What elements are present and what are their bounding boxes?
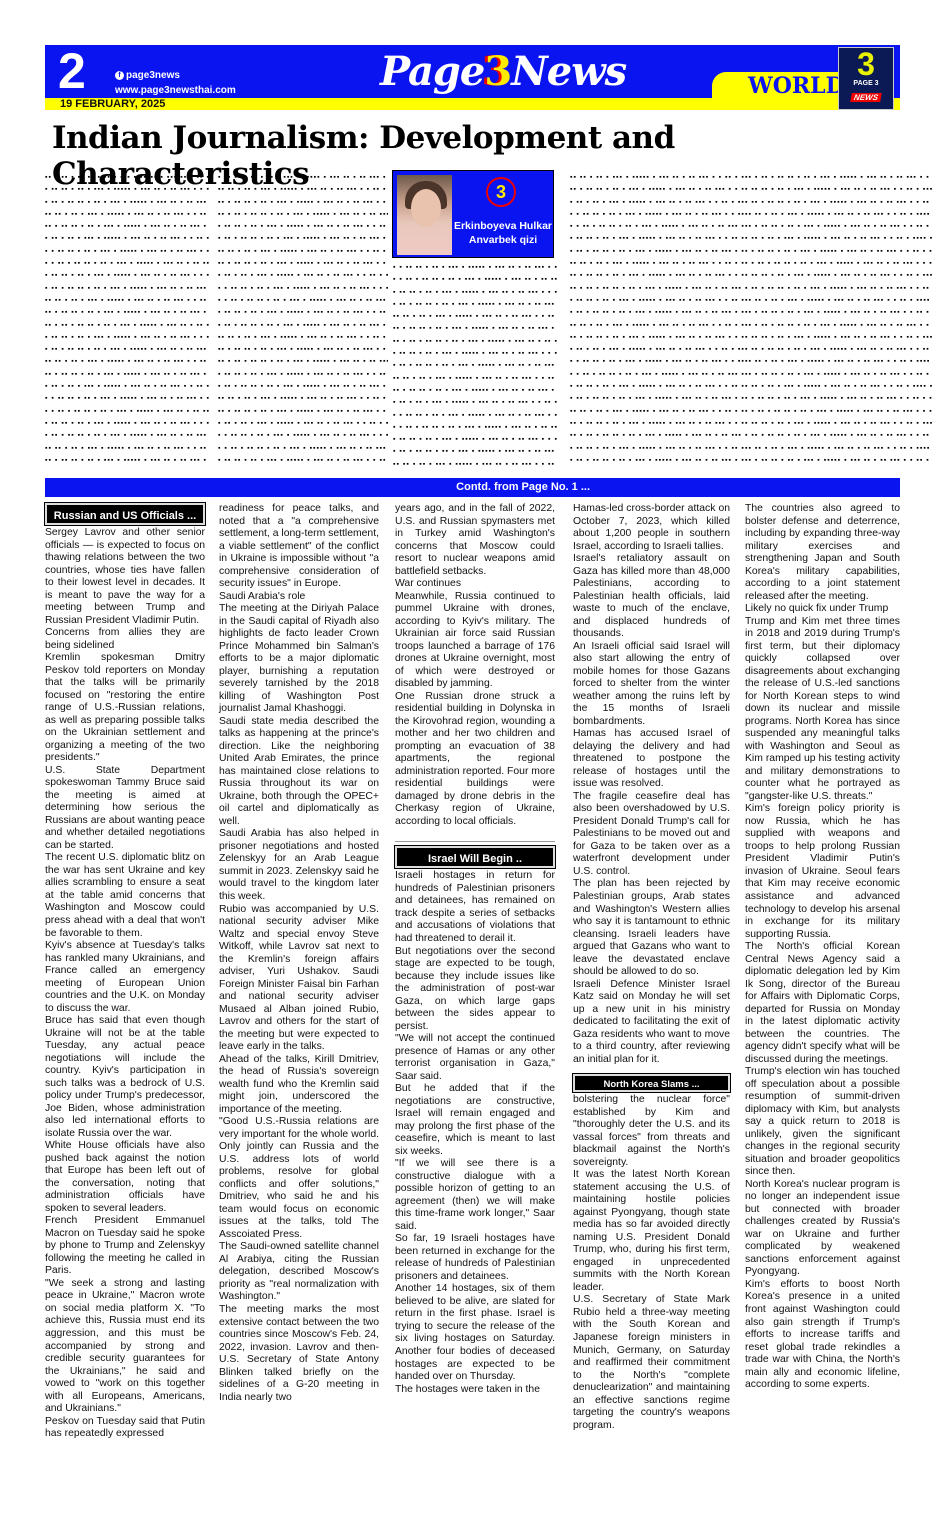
garbled-text-line: ▪▪ ▪ ▪▪ ▪▪ ▪ ▪▪ ▪ ▪▪▪ ▪ ▪▪▪▪▪ ▪ ▪▪▪ ▪▪ ▪… xyxy=(745,221,933,233)
paragraph: But he added that if the negotiations ar… xyxy=(395,1083,555,1158)
garbled-text-line: ▪ ▪▪ ▪▪ ▪ ▪▪ ▪ ▪▪▪ ▪ ▪▪▪▪▪ ▪ ▪▪▪ ▪▪ ▪ ▪▪… xyxy=(218,455,388,467)
continued-banner: Contd. from Page No. 1 ... xyxy=(45,478,900,497)
paragraph: Likely no quick fix under Trump xyxy=(745,603,900,616)
page3-round-logo: 3 xyxy=(486,177,516,207)
paragraph: An Israeli official said Israel will als… xyxy=(573,641,730,729)
garbled-column-4: ▪▪ ▪▪ ▪ ▪▪ ▪ ▪▪▪ ▪ ▪▪▪▪▪ ▪ ▪▪▪ ▪▪ ▪ ▪▪ ▪… xyxy=(570,172,745,467)
garbled-text-line: ▪ ▪▪ ▪▪ ▪ ▪▪ ▪ ▪▪▪ ▪ ▪▪▪▪▪ ▪ ▪▪▪ ▪▪ ▪ ▪▪… xyxy=(218,369,388,381)
garbled-column-2: ▪ ▪▪ ▪ ▪▪ ▪▪ ▪ ▪▪ ▪ ▪▪▪ ▪ ▪▪▪▪▪ ▪ ▪▪▪ ▪▪… xyxy=(218,172,388,467)
logo-page: Page xyxy=(380,48,484,95)
paragraph: The meeting at the Diriyah Palace in the… xyxy=(219,603,379,716)
paragraph: White House officials have also pushed b… xyxy=(45,1140,205,1215)
garbled-text-line: ▪ ▪▪ ▪▪ ▪ ▪▪ ▪ ▪▪▪ ▪ ▪▪▪▪▪ ▪ ▪▪▪ ▪▪ ▪ ▪▪… xyxy=(570,443,745,455)
author-name-line1: Erkinboyeva Hulkar xyxy=(453,219,553,233)
column-4-text-bottom: bolstering the nuclear force" establishe… xyxy=(573,1094,730,1432)
garbled-text-line: ▪ ▪ ▪▪ ▪▪ ▪ ▪▪ ▪ ▪▪▪ ▪ ▪▪▪▪▪ ▪ ▪▪▪ ▪▪ ▪ … xyxy=(745,246,933,258)
garbled-text-line: ▪ ▪▪ ▪ ▪▪ ▪▪ ▪ ▪▪ ▪ ▪▪▪ ▪ ▪▪▪▪▪ ▪ ▪▪▪ ▪▪… xyxy=(570,393,745,405)
garbled-text-line: ▪ ▪▪ ▪ ▪▪ ▪▪ ▪ ▪▪ ▪ ▪▪▪ ▪ ▪▪▪▪▪ ▪ ▪▪▪ ▪▪… xyxy=(393,446,558,458)
garbled-text-line: ▪ ▪▪ ▪ ▪▪ ▪▪ ▪ ▪▪ ▪ ▪▪▪ ▪ ▪▪▪▪▪ ▪ ▪▪▪ ▪▪… xyxy=(570,455,745,467)
garbled-text-line: ▪ ▪ ▪▪ ▪ ▪▪ ▪▪ ▪ ▪▪ ▪ ▪▪▪ ▪ ▪▪▪▪▪ ▪ ▪▪▪ … xyxy=(218,443,388,455)
garbled-text-line: ▪▪ ▪ ▪▪ ▪ ▪▪ ▪▪ ▪ ▪▪ ▪ ▪▪▪ ▪ ▪▪▪▪▪ ▪ ▪▪▪… xyxy=(745,320,933,332)
garbled-text-line: ▪▪ ▪ ▪▪ ▪▪ ▪ ▪▪ ▪ ▪▪▪ ▪ ▪▪▪▪▪ ▪ ▪▪▪ ▪▪ ▪… xyxy=(745,307,933,319)
garbled-text-line: ▪▪ ▪▪ ▪ ▪▪ ▪ ▪▪▪ ▪ ▪▪▪▪▪ ▪ ▪▪▪ ▪▪ ▪ ▪▪ ▪… xyxy=(218,332,388,344)
garbled-text-line: ▪ ▪▪ ▪ ▪▪ ▪▪ ▪ ▪▪ ▪ ▪▪▪ ▪ ▪▪▪▪▪ ▪ ▪▪▪ ▪▪… xyxy=(745,344,933,356)
column-3: years ago, and in the fall of 2022, U.S.… xyxy=(395,503,555,1396)
garbled-text-line: ▪▪ ▪ ▪▪ ▪ ▪▪ ▪▪ ▪ ▪▪ ▪ ▪▪▪ ▪ ▪▪▪▪▪ ▪ ▪▪▪… xyxy=(218,356,388,368)
paragraph: Ahead of the talks, Kirill Dmitriev, the… xyxy=(219,1054,379,1117)
paragraph: North Korea's nuclear program is no long… xyxy=(745,1179,900,1279)
garbled-text-line: ▪▪ ▪ ▪▪ ▪▪ ▪ ▪▪ ▪ ▪▪▪ ▪ ▪▪▪▪▪ ▪ ▪▪▪ ▪▪ ▪… xyxy=(218,344,388,356)
paragraph: Meanwhile, Russia continued to pummel Uk… xyxy=(395,591,555,691)
paragraph: So far, 19 Israeli hostages have been re… xyxy=(395,1233,555,1283)
paragraph: U.S. Secretary of State Mark Rubio held … xyxy=(573,1294,730,1432)
garbled-text-line: ▪▪ ▪▪ ▪ ▪▪ ▪ ▪▪▪ ▪ ▪▪▪▪▪ ▪ ▪▪▪ ▪▪ ▪ ▪▪ ▪… xyxy=(570,406,745,418)
paragraph: War continues xyxy=(395,578,555,591)
garbled-text-line: ▪ ▪▪ ▪ ▪▪ ▪ ▪▪▪ ▪ ▪▪▪▪▪ ▪ ▪▪▪ ▪▪ ▪ ▪▪ ▪▪… xyxy=(745,381,933,393)
paragraph: Israeli Defence Minister Israel Katz sai… xyxy=(573,979,730,1067)
garbled-text-line: ▪ ▪▪ ▪▪ ▪ ▪▪ ▪ ▪▪▪ ▪ ▪▪▪▪▪ ▪ ▪▪▪ ▪▪ ▪ ▪▪… xyxy=(745,184,933,196)
garbled-text-line: ▪ ▪ ▪▪ ▪▪ ▪ ▪▪ ▪ ▪▪▪ ▪ ▪▪▪▪▪ ▪ ▪▪▪ ▪▪ ▪ … xyxy=(45,246,210,258)
garbled-text-line: ▪ ▪ ▪▪ ▪ ▪▪ ▪▪ ▪ ▪▪ ▪ ▪▪▪ ▪ ▪▪▪▪▪ ▪ ▪▪▪ … xyxy=(745,258,933,270)
paragraph: But negotiations over the second stage a… xyxy=(395,946,555,1034)
paragraph: Bruce has said that even though Ukraine … xyxy=(45,1015,205,1140)
paragraph: Concerns from allies they are being side… xyxy=(45,627,205,652)
garbled-text-line: ▪▪ ▪▪ ▪ ▪▪ ▪ ▪▪▪ ▪ ▪▪▪▪▪ ▪ ▪▪▪ ▪▪ ▪ ▪▪ ▪… xyxy=(45,209,210,221)
garbled-text-line: ▪▪ ▪ ▪▪ ▪ ▪▪ ▪▪ ▪ ▪▪ ▪ ▪▪▪ ▪ ▪▪▪▪▪ ▪ ▪▪▪… xyxy=(218,209,388,221)
garbled-text-line: ▪ ▪▪ ▪▪ ▪ ▪▪ ▪ ▪▪▪ ▪ ▪▪▪▪▪ ▪ ▪▪▪ ▪▪ ▪ ▪▪… xyxy=(745,270,933,282)
paragraph: bolstering the nuclear force" establishe… xyxy=(573,1094,730,1169)
column-4: Hamas-led cross-border attack on October… xyxy=(573,503,730,1432)
paragraph: Israel's retaliatory assault on Gaza has… xyxy=(573,553,730,641)
paragraph: The countries also agreed to bolster def… xyxy=(745,503,900,603)
garbled-text-line: ▪ ▪ ▪▪ ▪▪ ▪ ▪▪ ▪ ▪▪▪ ▪ ▪▪▪▪▪ ▪ ▪▪▪ ▪▪ ▪ … xyxy=(218,283,388,295)
garbled-text-line: ▪▪ ▪ ▪▪ ▪ ▪▪ ▪▪ ▪ ▪▪ ▪ ▪▪▪ ▪ ▪▪▪▪▪ ▪ ▪▪▪… xyxy=(570,430,745,442)
garbled-text-line: ▪▪ ▪ ▪▪ ▪ ▪▪ ▪▪ ▪ ▪▪ ▪ ▪▪▪ ▪ ▪▪▪▪▪ ▪ ▪▪▪… xyxy=(570,283,745,295)
garbled-column-5: ▪▪ ▪ ▪▪ ▪ ▪▪ ▪▪ ▪ ▪▪ ▪ ▪▪▪ ▪ ▪▪▪▪▪ ▪ ▪▪▪… xyxy=(745,172,933,467)
garbled-text-line: ▪▪ ▪ ▪▪ ▪ ▪▪ ▪▪ ▪ ▪▪ ▪ ▪▪▪ ▪ ▪▪▪▪▪ ▪ ▪▪▪… xyxy=(45,172,210,184)
garbled-text-line: ▪▪ ▪▪ ▪ ▪▪ ▪ ▪▪▪ ▪ ▪▪▪▪▪ ▪ ▪▪▪ ▪▪ ▪ ▪▪ ▪… xyxy=(393,311,558,323)
garbled-text-line: ▪▪ ▪ ▪▪ ▪▪ ▪ ▪▪ ▪ ▪▪▪ ▪ ▪▪▪▪▪ ▪ ▪▪▪ ▪▪ ▪… xyxy=(45,455,210,467)
logo-three: 3 xyxy=(484,48,511,95)
paragraph: U.S. State Department spokeswoman Tammy … xyxy=(45,765,205,853)
garbled-text-line: ▪ ▪ ▪▪ ▪▪ ▪ ▪▪ ▪ ▪▪▪ ▪ ▪▪▪▪▪ ▪ ▪▪▪ ▪▪ ▪ … xyxy=(570,209,745,221)
garbled-text-line: ▪ ▪▪ ▪ ▪▪ ▪▪ ▪ ▪▪ ▪ ▪▪▪ ▪ ▪▪▪▪▪ ▪ ▪▪▪ ▪▪… xyxy=(745,430,933,442)
garbled-text-line: ▪ ▪ ▪▪ ▪▪ ▪ ▪▪ ▪ ▪▪▪ ▪ ▪▪▪▪▪ ▪ ▪▪▪ ▪▪ ▪ … xyxy=(45,393,210,405)
garbled-text-line: ▪▪ ▪ ▪▪ ▪▪ ▪ ▪▪ ▪ ▪▪▪ ▪ ▪▪▪▪▪ ▪ ▪▪▪ ▪▪ ▪… xyxy=(45,369,210,381)
garbled-text-line: ▪▪ ▪▪ ▪ ▪▪ ▪ ▪▪▪ ▪ ▪▪▪▪▪ ▪ ▪▪▪ ▪▪ ▪ ▪▪ ▪… xyxy=(745,209,933,221)
logo-news: News xyxy=(511,48,626,95)
paragraph: Sergey Lavrov and other senior officials… xyxy=(45,527,205,627)
column-5: The countries also agreed to bolster def… xyxy=(745,503,900,1392)
paragraph: readiness for peace talks, and noted tha… xyxy=(219,503,379,591)
facebook-label: page3news xyxy=(126,70,180,81)
paragraph: "Good U.S.-Russia relations are very imp… xyxy=(219,1116,379,1241)
garbled-column-3: ▪ ▪ ▪▪ ▪▪ ▪ ▪▪ ▪ ▪▪▪ ▪ ▪▪▪▪▪ ▪ ▪▪▪ ▪▪ ▪ … xyxy=(393,262,558,467)
garbled-text-line: ▪ ▪▪ ▪▪ ▪ ▪▪ ▪ ▪▪▪ ▪ ▪▪▪▪▪ ▪ ▪▪▪ ▪▪ ▪ ▪▪… xyxy=(218,307,388,319)
column-2-text: readiness for peace talks, and noted tha… xyxy=(219,503,379,1404)
section-heading-russia: Russian and US Officials ... xyxy=(45,503,205,525)
paragraph: Another 14 hostages, six of them believe… xyxy=(395,1283,555,1383)
garbled-text-line: ▪ ▪▪ ▪▪ ▪ ▪▪ ▪ ▪▪▪ ▪ ▪▪▪▪▪ ▪ ▪▪▪ ▪▪ ▪ ▪▪… xyxy=(45,332,210,344)
garbled-text-line: ▪▪ ▪ ▪▪ ▪▪ ▪ ▪▪ ▪ ▪▪▪ ▪ ▪▪▪▪▪ ▪ ▪▪▪ ▪▪ ▪… xyxy=(570,184,745,196)
paragraph: One Russian drone struck a residential b… xyxy=(395,691,555,829)
page3-badge-logo: 3 PAGE 3 NEWS xyxy=(838,47,894,110)
garbled-text-line: ▪▪ ▪▪ ▪ ▪▪ ▪ ▪▪▪ ▪ ▪▪▪▪▪ ▪ ▪▪▪ ▪▪ ▪ ▪▪ ▪… xyxy=(745,443,933,455)
garbled-text-line: ▪ ▪▪ ▪ ▪▪ ▪▪ ▪ ▪▪ ▪ ▪▪▪ ▪ ▪▪▪▪▪ ▪ ▪▪▪ ▪▪… xyxy=(393,299,558,311)
author-photo xyxy=(397,175,452,255)
column-4-text-top: Hamas-led cross-border attack on October… xyxy=(573,503,730,1066)
paragraph: It was the latest North Korean statement… xyxy=(573,1169,730,1294)
garbled-text-line: ▪ ▪▪ ▪ ▪▪ ▪ ▪▪▪ ▪ ▪▪▪▪▪ ▪ ▪▪▪ ▪▪ ▪ ▪▪ ▪▪… xyxy=(45,233,210,245)
column-1: Russian and US Officials ... Sergey Lavr… xyxy=(45,503,205,1441)
garbled-text-line: ▪ ▪▪ ▪ ▪▪ ▪ ▪▪▪ ▪ ▪▪▪▪▪ ▪ ▪▪▪ ▪▪ ▪ ▪▪ ▪▪… xyxy=(570,197,745,209)
paragraph: Kim's efforts to boost North Korea's pre… xyxy=(745,1279,900,1392)
garbled-text-line: ▪ ▪ ▪▪ ▪▪ ▪ ▪▪ ▪ ▪▪▪ ▪ ▪▪▪▪▪ ▪ ▪▪▪ ▪▪ ▪ … xyxy=(745,393,933,405)
garbled-text-line: ▪▪ ▪▪ ▪ ▪▪ ▪ ▪▪▪ ▪ ▪▪▪▪▪ ▪ ▪▪▪ ▪▪ ▪ ▪▪ ▪… xyxy=(393,459,558,467)
garbled-text-line: ▪▪ ▪▪ ▪ ▪▪ ▪ ▪▪▪ ▪ ▪▪▪▪▪ ▪ ▪▪▪ ▪▪ ▪ ▪▪ ▪… xyxy=(45,295,210,307)
garbled-text-line: ▪ ▪▪ ▪▪ ▪ ▪▪ ▪ ▪▪▪ ▪ ▪▪▪▪▪ ▪ ▪▪▪ ▪▪ ▪ ▪▪… xyxy=(570,381,745,393)
garbled-text-line: ▪ ▪▪ ▪▪ ▪ ▪▪ ▪ ▪▪▪ ▪ ▪▪▪▪▪ ▪ ▪▪▪ ▪▪ ▪ ▪▪… xyxy=(45,270,210,282)
badge-label: PAGE 3 xyxy=(839,80,893,87)
garbled-text-line: ▪ ▪▪ ▪ ▪▪ ▪▪ ▪ ▪▪ ▪ ▪▪▪ ▪ ▪▪▪▪▪ ▪ ▪▪▪ ▪▪… xyxy=(393,360,558,372)
garbled-text-line: ▪ ▪▪ ▪ ▪▪ ▪▪ ▪ ▪▪ ▪ ▪▪▪ ▪ ▪▪▪▪▪ ▪ ▪▪▪ ▪▪… xyxy=(45,344,210,356)
badge-number: 3 xyxy=(839,48,893,80)
garbled-text-line: ▪▪ ▪▪ ▪ ▪▪ ▪ ▪▪▪ ▪ ▪▪▪▪▪ ▪ ▪▪▪ ▪▪ ▪ ▪▪ ▪… xyxy=(218,393,388,405)
newspaper-logo: Page3News xyxy=(380,48,626,95)
garbled-text-line: ▪ ▪ ▪▪ ▪▪ ▪ ▪▪ ▪ ▪▪▪ ▪ ▪▪▪▪▪ ▪ ▪▪▪ ▪▪ ▪ … xyxy=(393,262,558,274)
garbled-text-line: ▪▪ ▪ ▪▪ ▪▪ ▪ ▪▪ ▪ ▪▪▪ ▪ ▪▪▪▪▪ ▪ ▪▪▪ ▪▪ ▪… xyxy=(218,197,388,209)
garbled-text-line: ▪ ▪▪ ▪ ▪▪ ▪ ▪▪▪ ▪ ▪▪▪▪▪ ▪ ▪▪▪ ▪▪ ▪ ▪▪ ▪▪… xyxy=(393,397,558,409)
paragraph: The Saudi-owned satellite channel Al Ara… xyxy=(219,1241,379,1304)
section-heading-korea: North Korea Slams ... xyxy=(573,1074,730,1092)
paragraph: Kremlin spokesman Dmitry Peskov told rep… xyxy=(45,652,205,765)
facebook-handle[interactable]: fpage3news xyxy=(115,70,180,81)
paragraph: French President Emmanuel Macron on Tues… xyxy=(45,1215,205,1278)
paragraph: Kim's foreign policy priority is now Rus… xyxy=(745,803,900,941)
paragraph: Israeli hostages in return for hundreds … xyxy=(395,870,555,945)
garbled-text-line: ▪ ▪▪ ▪ ▪▪ ▪ ▪▪▪ ▪ ▪▪▪▪▪ ▪ ▪▪▪ ▪▪ ▪ ▪▪ ▪▪… xyxy=(218,418,388,430)
garbled-text-line: ▪ ▪ ▪▪ ▪ ▪▪ ▪▪ ▪ ▪▪ ▪ ▪▪▪ ▪ ▪▪▪▪▪ ▪ ▪▪▪ … xyxy=(393,274,558,286)
paragraph: Rubio was accompanied by U.S. national s… xyxy=(219,904,379,1054)
garbled-text-line: ▪▪ ▪▪ ▪ ▪▪ ▪ ▪▪▪ ▪ ▪▪▪▪▪ ▪ ▪▪▪ ▪▪ ▪ ▪▪ ▪… xyxy=(745,356,933,368)
garbled-text-line: ▪ ▪ ▪▪ ▪ ▪▪ ▪▪ ▪ ▪▪ ▪ ▪▪▪ ▪ ▪▪▪▪▪ ▪ ▪▪▪ … xyxy=(393,422,558,434)
garbled-text-line: ▪▪ ▪▪ ▪ ▪▪ ▪ ▪▪▪ ▪ ▪▪▪▪▪ ▪ ▪▪▪ ▪▪ ▪ ▪▪ ▪… xyxy=(218,246,388,258)
paragraph: years ago, and in the fall of 2022, U.S.… xyxy=(395,503,555,578)
paragraph: Saudi Arabia's role xyxy=(219,591,379,604)
garbled-text-line: ▪ ▪ ▪▪ ▪ ▪▪ ▪▪ ▪ ▪▪ ▪ ▪▪▪ ▪ ▪▪▪▪▪ ▪ ▪▪▪ … xyxy=(570,221,745,233)
paragraph: Saudi Arabia has also helped in prisoner… xyxy=(219,828,379,903)
garbled-text-line: ▪ ▪ ▪▪ ▪ ▪▪ ▪▪ ▪ ▪▪ ▪ ▪▪▪ ▪ ▪▪▪▪▪ ▪ ▪▪▪ … xyxy=(45,258,210,270)
garbled-text-line: ▪▪ ▪ ▪▪ ▪▪ ▪ ▪▪ ▪ ▪▪▪ ▪ ▪▪▪▪▪ ▪ ▪▪▪ ▪▪ ▪… xyxy=(745,455,933,467)
garbled-text-line: ▪ ▪▪ ▪ ▪▪ ▪▪ ▪ ▪▪ ▪ ▪▪▪ ▪ ▪▪▪▪▪ ▪ ▪▪▪ ▪▪… xyxy=(218,320,388,332)
garbled-text-line: ▪▪ ▪ ▪▪ ▪▪ ▪ ▪▪ ▪ ▪▪▪ ▪ ▪▪▪▪▪ ▪ ▪▪▪ ▪▪ ▪… xyxy=(45,221,210,233)
author-name: Erkinboyeva HulkarAnvarbek qizi xyxy=(453,219,553,247)
garbled-text-line: ▪ ▪▪ ▪ ▪▪ ▪ ▪▪▪ ▪ ▪▪▪▪▪ ▪ ▪▪▪ ▪▪ ▪ ▪▪ ▪▪… xyxy=(45,381,210,393)
garbled-text-line: ▪ ▪▪ ▪ ▪▪ ▪▪ ▪ ▪▪ ▪ ▪▪▪ ▪ ▪▪▪▪▪ ▪ ▪▪▪ ▪▪… xyxy=(218,233,388,245)
garbled-text-line: ▪ ▪▪ ▪ ▪▪ ▪▪ ▪ ▪▪ ▪ ▪▪▪ ▪ ▪▪▪▪▪ ▪ ▪▪▪ ▪▪… xyxy=(745,283,933,295)
garbled-text-line: ▪▪ ▪ ▪▪ ▪▪ ▪ ▪▪ ▪ ▪▪▪ ▪ ▪▪▪▪▪ ▪ ▪▪▪ ▪▪ ▪… xyxy=(393,323,558,335)
paragraph: Hamas-led cross-border attack on October… xyxy=(573,503,730,553)
section-heading-israel: Israel Will Begin .. xyxy=(395,846,555,868)
garbled-text-line: ▪ ▪ ▪▪ ▪▪ ▪ ▪▪ ▪ ▪▪▪ ▪ ▪▪▪▪▪ ▪ ▪▪▪ ▪▪ ▪ … xyxy=(393,410,558,422)
garbled-text-line: ▪ ▪▪ ▪▪ ▪ ▪▪ ▪ ▪▪▪ ▪ ▪▪▪▪▪ ▪ ▪▪▪ ▪▪ ▪ ▪▪… xyxy=(570,233,745,245)
garbled-text-line: ▪▪ ▪▪ ▪ ▪▪ ▪ ▪▪▪ ▪ ▪▪▪▪▪ ▪ ▪▪▪ ▪▪ ▪ ▪▪ ▪… xyxy=(393,373,558,385)
garbled-text-line: ▪ ▪▪ ▪▪ ▪ ▪▪ ▪ ▪▪▪ ▪ ▪▪▪▪▪ ▪ ▪▪▪ ▪▪ ▪ ▪▪… xyxy=(570,295,745,307)
garbled-text-line: ▪ ▪▪ ▪▪ ▪ ▪▪ ▪ ▪▪▪ ▪ ▪▪▪▪▪ ▪ ▪▪▪ ▪▪ ▪ ▪▪… xyxy=(745,332,933,344)
paragraph: The hostages were taken in the xyxy=(395,1384,555,1397)
paragraph: The fragile ceasefire deal has also been… xyxy=(573,791,730,879)
page-number: 2 xyxy=(58,42,86,100)
badge-news: NEWS xyxy=(850,93,882,102)
author-box: 3 Erkinboyeva HulkarAnvarbek qizi xyxy=(392,170,554,258)
garbled-text-line: ▪ ▪ ▪▪ ▪ ▪▪ ▪▪ ▪ ▪▪ ▪ ▪▪▪ ▪ ▪▪▪▪▪ ▪ ▪▪▪ … xyxy=(570,369,745,381)
garbled-column-1: ▪▪ ▪ ▪▪ ▪ ▪▪ ▪▪ ▪ ▪▪ ▪ ▪▪▪ ▪ ▪▪▪▪▪ ▪ ▪▪▪… xyxy=(45,172,210,467)
garbled-text-line: ▪ ▪▪ ▪▪ ▪ ▪▪ ▪ ▪▪▪ ▪ ▪▪▪▪▪ ▪ ▪▪▪ ▪▪ ▪ ▪▪… xyxy=(218,221,388,233)
facebook-icon: f xyxy=(115,71,124,80)
garbled-text-line: ▪ ▪ ▪▪ ▪▪ ▪ ▪▪ ▪ ▪▪▪ ▪ ▪▪▪▪▪ ▪ ▪▪▪ ▪▪ ▪ … xyxy=(218,430,388,442)
garbled-text-line: ▪ ▪▪ ▪ ▪▪ ▪▪ ▪ ▪▪ ▪ ▪▪▪ ▪ ▪▪▪▪▪ ▪ ▪▪▪ ▪▪… xyxy=(45,283,210,295)
paragraph: Trump and Kim met three times in 2018 an… xyxy=(745,616,900,804)
paragraph: Hamas has accused Israel of delaying the… xyxy=(573,728,730,791)
paragraph: Saudi state media described the talks as… xyxy=(219,716,379,829)
garbled-text-line: ▪▪ ▪▪ ▪ ▪▪ ▪ ▪▪▪ ▪ ▪▪▪▪▪ ▪ ▪▪▪ ▪▪ ▪ ▪▪ ▪… xyxy=(745,295,933,307)
garbled-text-line: ▪▪ ▪ ▪▪ ▪▪ ▪ ▪▪ ▪ ▪▪▪ ▪ ▪▪▪▪▪ ▪ ▪▪▪ ▪▪ ▪… xyxy=(570,270,745,282)
website-link[interactable]: www.page3newsthai.com xyxy=(115,85,236,96)
garbled-text-line: ▪ ▪▪ ▪ ▪▪ ▪ ▪▪▪ ▪ ▪▪▪▪▪ ▪ ▪▪▪ ▪▪ ▪ ▪▪ ▪▪… xyxy=(745,233,933,245)
garbled-text-line: ▪ ▪▪ ▪ ▪▪ ▪ ▪▪▪ ▪ ▪▪▪▪▪ ▪ ▪▪▪ ▪▪ ▪ ▪▪ ▪▪… xyxy=(570,344,745,356)
paragraph: Trump's election win has touched off spe… xyxy=(745,1066,900,1179)
garbled-text-line: ▪ ▪▪ ▪▪ ▪ ▪▪ ▪ ▪▪▪ ▪ ▪▪▪▪▪ ▪ ▪▪▪ ▪▪ ▪ ▪▪… xyxy=(393,287,558,299)
paragraph: The North's official Korean Central News… xyxy=(745,941,900,1066)
column-2: readiness for peace talks, and noted tha… xyxy=(219,503,379,1404)
garbled-text-line: ▪ ▪▪ ▪ ▪▪ ▪▪ ▪ ▪▪ ▪ ▪▪▪ ▪ ▪▪▪▪▪ ▪ ▪▪▪ ▪▪… xyxy=(218,172,388,184)
section-label: WORLD xyxy=(748,73,845,99)
garbled-text-line: ▪▪ ▪ ▪▪ ▪▪ ▪ ▪▪ ▪ ▪▪▪ ▪ ▪▪▪▪▪ ▪ ▪▪▪ ▪▪ ▪… xyxy=(570,332,745,344)
issue-date: 19 FEBRUARY, 2025 xyxy=(60,98,165,110)
garbled-text-line: ▪▪ ▪ ▪▪ ▪▪ ▪ ▪▪ ▪ ▪▪▪ ▪ ▪▪▪▪▪ ▪ ▪▪▪ ▪▪ ▪… xyxy=(393,385,558,397)
garbled-text-line: ▪▪ ▪ ▪▪ ▪ ▪▪ ▪▪ ▪ ▪▪ ▪ ▪▪▪ ▪ ▪▪▪▪▪ ▪ ▪▪▪… xyxy=(45,320,210,332)
column-3-text-bottom: Israeli hostages in return for hundreds … xyxy=(395,870,555,1396)
garbled-text-line: ▪▪ ▪ ▪▪ ▪ ▪▪ ▪▪ ▪ ▪▪ ▪ ▪▪▪ ▪ ▪▪▪▪▪ ▪ ▪▪▪… xyxy=(745,172,933,184)
garbled-text-line: ▪▪ ▪ ▪▪ ▪ ▪▪ ▪▪ ▪ ▪▪ ▪ ▪▪▪ ▪ ▪▪▪▪▪ ▪ ▪▪▪… xyxy=(393,336,558,348)
garbled-text-line: ▪ ▪▪ ▪ ▪▪ ▪▪ ▪ ▪▪ ▪ ▪▪▪ ▪ ▪▪▪▪▪ ▪ ▪▪▪ ▪▪… xyxy=(570,246,745,258)
garbled-text-line: ▪▪ ▪ ▪▪ ▪▪ ▪ ▪▪ ▪ ▪▪▪ ▪ ▪▪▪▪▪ ▪ ▪▪▪ ▪▪ ▪… xyxy=(45,307,210,319)
garbled-text-line: ▪ ▪▪ ▪ ▪▪ ▪▪ ▪ ▪▪ ▪ ▪▪▪ ▪ ▪▪▪▪▪ ▪ ▪▪▪ ▪▪… xyxy=(45,197,210,209)
garbled-text-line: ▪▪ ▪ ▪▪ ▪▪ ▪ ▪▪ ▪ ▪▪▪ ▪ ▪▪▪▪▪ ▪ ▪▪▪ ▪▪ ▪… xyxy=(745,369,933,381)
column-1-text: Sergey Lavrov and other senior officials… xyxy=(45,527,205,1441)
paragraph: "We seek a strong and lasting peace in U… xyxy=(45,1278,205,1416)
garbled-text-line: ▪ ▪▪ ▪ ▪▪ ▪▪ ▪ ▪▪ ▪ ▪▪▪ ▪ ▪▪▪▪▪ ▪ ▪▪▪ ▪▪… xyxy=(745,197,933,209)
column-5-text: The countries also agreed to bolster def… xyxy=(745,503,900,1392)
garbled-text-line: ▪▪ ▪▪ ▪ ▪▪ ▪ ▪▪▪ ▪ ▪▪▪▪▪ ▪ ▪▪▪ ▪▪ ▪ ▪▪ ▪… xyxy=(570,320,745,332)
garbled-text-line: ▪ ▪▪ ▪ ▪▪ ▪▪ ▪ ▪▪ ▪ ▪▪▪ ▪ ▪▪▪▪▪ ▪ ▪▪▪ ▪▪… xyxy=(218,381,388,393)
garbled-text-line: ▪▪ ▪▪ ▪ ▪▪ ▪ ▪▪▪ ▪ ▪▪▪▪▪ ▪ ▪▪▪ ▪▪ ▪ ▪▪ ▪… xyxy=(218,184,388,196)
garbled-text-line: ▪ ▪ ▪▪ ▪▪ ▪ ▪▪ ▪ ▪▪▪ ▪ ▪▪▪▪▪ ▪ ▪▪▪ ▪▪ ▪ … xyxy=(570,356,745,368)
garbled-text-line: ▪▪ ▪ ▪▪ ▪▪ ▪ ▪▪ ▪ ▪▪▪ ▪ ▪▪▪▪▪ ▪ ▪▪▪ ▪▪ ▪… xyxy=(570,418,745,430)
author-name-line2: Anvarbek qizi xyxy=(453,233,553,247)
paragraph: "If we will see there is a constructive … xyxy=(395,1158,555,1233)
garbled-text-line: ▪▪ ▪▪ ▪ ▪▪ ▪ ▪▪▪ ▪ ▪▪▪▪▪ ▪ ▪▪▪ ▪▪ ▪ ▪▪ ▪… xyxy=(45,356,210,368)
garbled-text-line: ▪ ▪ ▪▪ ▪ ▪▪ ▪▪ ▪ ▪▪ ▪ ▪▪▪ ▪ ▪▪▪▪▪ ▪ ▪▪▪ … xyxy=(45,406,210,418)
paragraph: Peskov on Tuesday said that Putin has re… xyxy=(45,1416,205,1441)
garbled-text-line: ▪▪ ▪ ▪▪ ▪▪ ▪ ▪▪ ▪ ▪▪▪ ▪ ▪▪▪▪▪ ▪ ▪▪▪ ▪▪ ▪… xyxy=(218,258,388,270)
garbled-text-line: ▪ ▪ ▪▪ ▪ ▪▪ ▪▪ ▪ ▪▪ ▪ ▪▪▪ ▪ ▪▪▪▪▪ ▪ ▪▪▪ … xyxy=(218,295,388,307)
paragraph: The meeting marks the most extensive con… xyxy=(219,1304,379,1404)
garbled-text-line: ▪ ▪▪ ▪ ▪▪ ▪▪ ▪ ▪▪ ▪ ▪▪▪ ▪ ▪▪▪▪▪ ▪ ▪▪▪ ▪▪… xyxy=(570,307,745,319)
garbled-text-line: ▪ ▪▪ ▪▪ ▪ ▪▪ ▪ ▪▪▪ ▪ ▪▪▪▪▪ ▪ ▪▪▪ ▪▪ ▪ ▪▪… xyxy=(393,434,558,446)
garbled-text-line: ▪ ▪▪ ▪▪ ▪ ▪▪ ▪ ▪▪▪ ▪ ▪▪▪▪▪ ▪ ▪▪▪ ▪▪ ▪ ▪▪… xyxy=(393,348,558,360)
garbled-text-line: ▪▪ ▪▪ ▪ ▪▪ ▪ ▪▪▪ ▪ ▪▪▪▪▪ ▪ ▪▪▪ ▪▪ ▪ ▪▪ ▪… xyxy=(570,258,745,270)
column-3-text-top: years ago, and in the fall of 2022, U.S.… xyxy=(395,503,555,828)
garbled-text-line: ▪ ▪▪ ▪ ▪▪ ▪ ▪▪▪ ▪ ▪▪▪▪▪ ▪ ▪▪▪ ▪▪ ▪ ▪▪ ▪▪… xyxy=(218,270,388,282)
garbled-text-line: ▪ ▪▪ ▪▪ ▪ ▪▪ ▪ ▪▪▪ ▪ ▪▪▪▪▪ ▪ ▪▪▪ ▪▪ ▪ ▪▪… xyxy=(45,184,210,196)
garbled-text-line: ▪▪ ▪▪ ▪ ▪▪ ▪ ▪▪▪ ▪ ▪▪▪▪▪ ▪ ▪▪▪ ▪▪ ▪ ▪▪ ▪… xyxy=(45,443,210,455)
garbled-text-line: ▪ ▪ ▪▪ ▪ ▪▪ ▪▪ ▪ ▪▪ ▪ ▪▪▪ ▪ ▪▪▪▪▪ ▪ ▪▪▪ … xyxy=(745,406,933,418)
paragraph: "We will not accept the continued presen… xyxy=(395,1033,555,1083)
paragraph: The plan has been rejected by Palestinia… xyxy=(573,878,730,978)
garbled-text-line: ▪ ▪▪ ▪▪ ▪ ▪▪ ▪ ▪▪▪ ▪ ▪▪▪▪▪ ▪ ▪▪▪ ▪▪ ▪ ▪▪… xyxy=(45,418,210,430)
paragraph: The recent U.S. diplomatic blitz on the … xyxy=(45,852,205,940)
garbled-text-line: ▪ ▪▪ ▪ ▪▪ ▪▪ ▪ ▪▪ ▪ ▪▪▪ ▪ ▪▪▪▪▪ ▪ ▪▪▪ ▪▪… xyxy=(45,430,210,442)
paragraph: Kyiv's absence at Tuesday's talks has ra… xyxy=(45,940,205,1015)
garbled-text-line: ▪▪ ▪▪ ▪ ▪▪ ▪ ▪▪▪ ▪ ▪▪▪▪▪ ▪ ▪▪▪ ▪▪ ▪ ▪▪ ▪… xyxy=(570,172,745,184)
garbled-text-line: ▪▪ ▪ ▪▪ ▪▪ ▪ ▪▪ ▪ ▪▪▪ ▪ ▪▪▪▪▪ ▪ ▪▪▪ ▪▪ ▪… xyxy=(218,406,388,418)
garbled-text-line: ▪ ▪▪ ▪▪ ▪ ▪▪ ▪ ▪▪▪ ▪ ▪▪▪▪▪ ▪ ▪▪▪ ▪▪ ▪ ▪▪… xyxy=(745,418,933,430)
